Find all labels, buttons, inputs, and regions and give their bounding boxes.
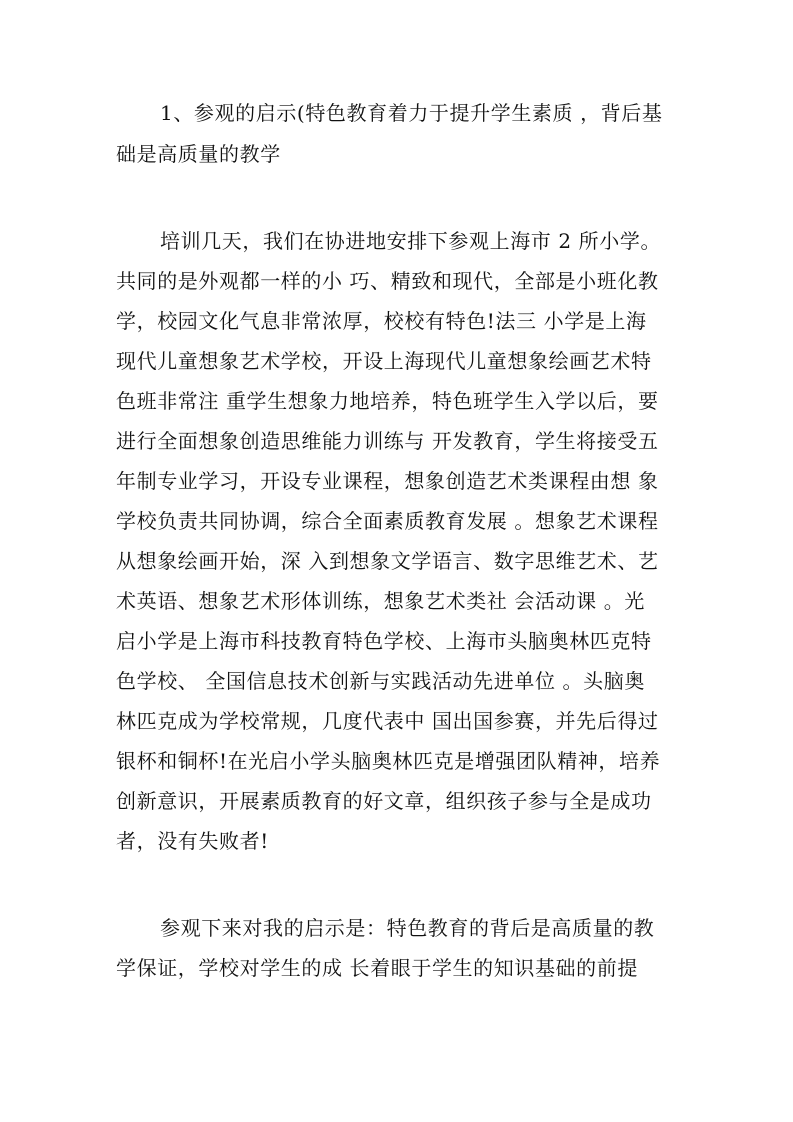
paragraph-line: 进行全面想象创造思维能力训练与 开发教育，学生将接受五 bbox=[116, 429, 659, 453]
paragraph-line: 学保证，学校对学生的成 长着眼于学生的知识基础的前提 bbox=[116, 956, 638, 980]
document-page: 1、参观的启示(特色教育着力于提升学生素质 ，背后基 础是高质量的教学 培训几天… bbox=[0, 0, 793, 1122]
paragraph-line: 银杯和铜杯!在光启小学头脑奥林匹克是增强团队精神，培养 bbox=[116, 749, 660, 773]
paragraph-line: 从想象绘画开始，深 入到想象文学语言、数字思维艺术、艺 bbox=[116, 549, 659, 573]
paragraph-line: 共同的是外观都一样的小 巧、精致和现代，全部是小班化教 bbox=[116, 269, 659, 293]
paragraph-line: 参观下来对我的启示是：特色教育的背后是高质量的教 bbox=[160, 916, 654, 940]
paragraph-line: 色学校、 全国信息技术创新与实践活动先进单位 。头脑奥 bbox=[116, 669, 645, 693]
paragraph-line: 学，校园文化气息非常浓厚，校校有特色!法三 小学是上海 bbox=[116, 309, 647, 333]
paragraph-line: 色班非常注 重学生想象力地培养，特色班学生入学以后，要 bbox=[116, 389, 659, 413]
paragraph-line: 林匹克成为学校常规，几度代表中 国出国参赛，并先后得过 bbox=[116, 709, 659, 733]
paragraph-line: 学校负责共同协调，综合全面素质教育发展 。想象艺术课程 bbox=[116, 509, 659, 533]
paragraph-line: 创新意识，开展素质教育的好文章，组织孩子参与全是成功 bbox=[116, 789, 652, 813]
paragraph-line: 年制专业学习，开设专业课程，想象创造艺术类课程由想 象 bbox=[116, 469, 659, 493]
paragraph-line: 启小学是上海市科技教育特色学校、上海市头脑奥林匹克特 bbox=[116, 629, 652, 653]
paragraph-line: 者，没有失败者! bbox=[116, 829, 269, 853]
paragraph-line: 术英语、想象艺术形体训练，想象艺术类社 会活动课 。光 bbox=[116, 589, 645, 613]
paragraph-line: 培训几天，我们在协进地安排下参观上海市 2 所小学。 bbox=[160, 229, 661, 253]
heading-line-1: 1、参观的启示(特色教育着力于提升学生素质 ，背后基 bbox=[160, 101, 662, 125]
paragraph-line: 现代儿童想象艺术学校，开设上海现代儿童想象绘画艺术特 bbox=[116, 349, 652, 373]
heading-line-2: 础是高质量的教学 bbox=[116, 142, 281, 166]
